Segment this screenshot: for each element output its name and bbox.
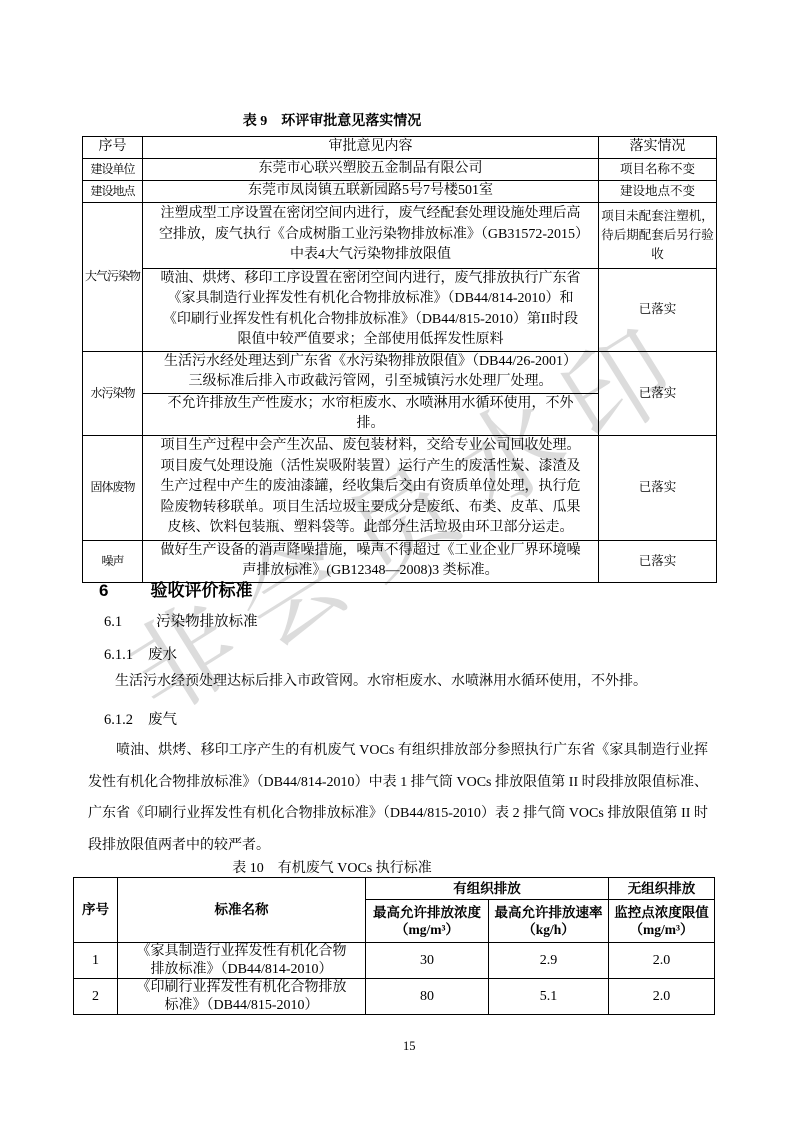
table-row: 喷油、烘烤、移印工序设置在密闭空间内进行，废气排放执行广东省《家具制造行业挥发性…: [83, 268, 717, 351]
value-cell: 2.0: [609, 943, 715, 979]
approval-content: 不允许排放生产性废水；水帘柜废水、水喷淋用水循环使用，不外排。: [143, 393, 599, 435]
column-header: 最高允许排放浓度（mg/m³）: [366, 900, 489, 943]
section-heading-6-1: 6.1污染物排放标准: [104, 610, 258, 631]
standard-name: 《印刷行业挥发性有机化合物排放标准》（DB44/815-2010）: [118, 979, 366, 1015]
table-row: 建设地点 东莞市凤岗镇五联新园路5号7号楼501室 建设地点不变: [83, 180, 717, 202]
approval-content: 东莞市心联兴塑胶五金制品有限公司: [143, 158, 599, 180]
table-row: 建设单位 东莞市心联兴塑胶五金制品有限公司 项目名称不变: [83, 158, 717, 180]
value-cell: 80: [366, 979, 489, 1015]
column-header: 最高允许排放速率（kg/h）: [489, 900, 609, 943]
table-row: 1 《家具制造行业挥发性有机化合物排放标准》（DB44/814-2010） 30…: [74, 943, 715, 979]
status-cell: 项目名称不变: [599, 158, 717, 180]
section-title: 验收评价标准: [150, 581, 252, 600]
section-title: 废气: [148, 712, 177, 728]
status-cell: 已落实: [599, 351, 717, 435]
value-cell: 5.1: [489, 979, 609, 1015]
document-page: 非会员水印 表 9 环评审批意见落实情况 序号 审批意见内容 落实情况 建设单位…: [0, 0, 793, 1122]
approval-content: 项目生产过程中会产生次品、废包装材料，交给专业公司回收处理。项目废气处理设施（活…: [143, 435, 599, 540]
status-cell: 已落实: [599, 268, 717, 351]
table-row: 2 《印刷行业挥发性有机化合物排放标准》（DB44/815-2010） 80 5…: [74, 979, 715, 1015]
voc-standards-table: 序号 标准名称 有组织排放 无组织排放 最高允许排放浓度（mg/m³） 最高允许…: [73, 877, 715, 1015]
table-header-row: 序号 标准名称 有组织排放 无组织排放: [74, 878, 715, 900]
section-heading-6-1-2: 6.1.2废气: [104, 708, 177, 729]
column-header-unorganized: 无组织排放: [609, 878, 715, 900]
section-number: 6.1.2: [104, 712, 133, 728]
column-header: 序号: [74, 878, 118, 943]
page-number: 15: [403, 1039, 416, 1054]
value-cell: 2.9: [489, 943, 609, 979]
status-cell: 建设地点不变: [599, 180, 717, 202]
section-number: 6.1: [104, 614, 122, 630]
table-header-row: 序号 审批意见内容 落实情况: [83, 137, 717, 159]
column-header: 审批意见内容: [143, 137, 599, 159]
section-number: 6: [99, 581, 108, 600]
status-cell: 项目未配套注塑机，待后期配套后另行验收: [599, 202, 717, 268]
column-header: 标准名称: [118, 878, 366, 943]
value-cell: 2.0: [609, 979, 715, 1015]
section-number: 6.1.1: [104, 647, 133, 663]
status-cell: 已落实: [599, 435, 717, 540]
column-header: 序号: [83, 137, 143, 159]
approval-implementation-table: 序号 审批意见内容 落实情况 建设单位 东莞市心联兴塑胶五金制品有限公司 项目名…: [82, 136, 717, 583]
approval-content: 喷油、烘烤、移印工序设置在密闭空间内进行，废气排放执行广东省《家具制造行业挥发性…: [143, 268, 599, 351]
row-label: 固体废物: [83, 435, 143, 540]
value-cell: 30: [366, 943, 489, 979]
section-title: 废水: [148, 647, 177, 663]
section-title: 污染物排放标准: [156, 614, 258, 630]
table10-caption: 表 10 有机废气 VOCs 执行标准: [0, 857, 664, 877]
section-heading-6: 6验收评价标准: [99, 576, 252, 601]
row-label: 大气污染物: [83, 202, 143, 351]
waste-gas-paragraph: 喷油、烘烤、移印工序产生的有机废气 VOCs 有组织排放部分参照执行广东省《家具…: [88, 735, 708, 861]
table-row: 水污染物 生活污水经处理达到广东省《水污染物排放限值》（DB44/26-2001…: [83, 351, 717, 393]
column-header: 落实情况: [599, 137, 717, 159]
row-label: 建设地点: [83, 180, 143, 202]
wastewater-paragraph: 生活污水经预处理达标后排入市政管网。水帘柜废水、水喷淋用水循环使用，不外排。: [88, 671, 708, 693]
approval-content: 生活污水经处理达到广东省《水污染物排放限值》（DB44/26-2001）三级标准…: [143, 351, 599, 393]
table-row: 大气污染物 注塑成型工序设置在密闭空间内进行，废气经配套处理设施处理后高空排放，…: [83, 202, 717, 268]
table-row: 固体废物 项目生产过程中会产生次品、废包装材料，交给专业公司回收处理。项目废气处…: [83, 435, 717, 540]
approval-content: 东莞市凤岗镇五联新园路5号7号楼501室: [143, 180, 599, 202]
column-header: 监控点浓度限值（mg/m³）: [609, 900, 715, 943]
status-cell: 已落实: [599, 540, 717, 582]
section-heading-6-1-1: 6.1.1废水: [104, 643, 177, 664]
approval-content: 注塑成型工序设置在密闭空间内进行，废气经配套处理设施处理后高空排放，废气执行《合…: [143, 202, 599, 268]
index-cell: 2: [74, 979, 118, 1015]
column-header-organized: 有组织排放: [366, 878, 609, 900]
standard-name: 《家具制造行业挥发性有机化合物排放标准》（DB44/814-2010）: [118, 943, 366, 979]
row-label: 建设单位: [83, 158, 143, 180]
index-cell: 1: [74, 943, 118, 979]
table9-caption: 表 9 环评审批意见落实情况: [0, 110, 664, 130]
row-label: 水污染物: [83, 351, 143, 435]
